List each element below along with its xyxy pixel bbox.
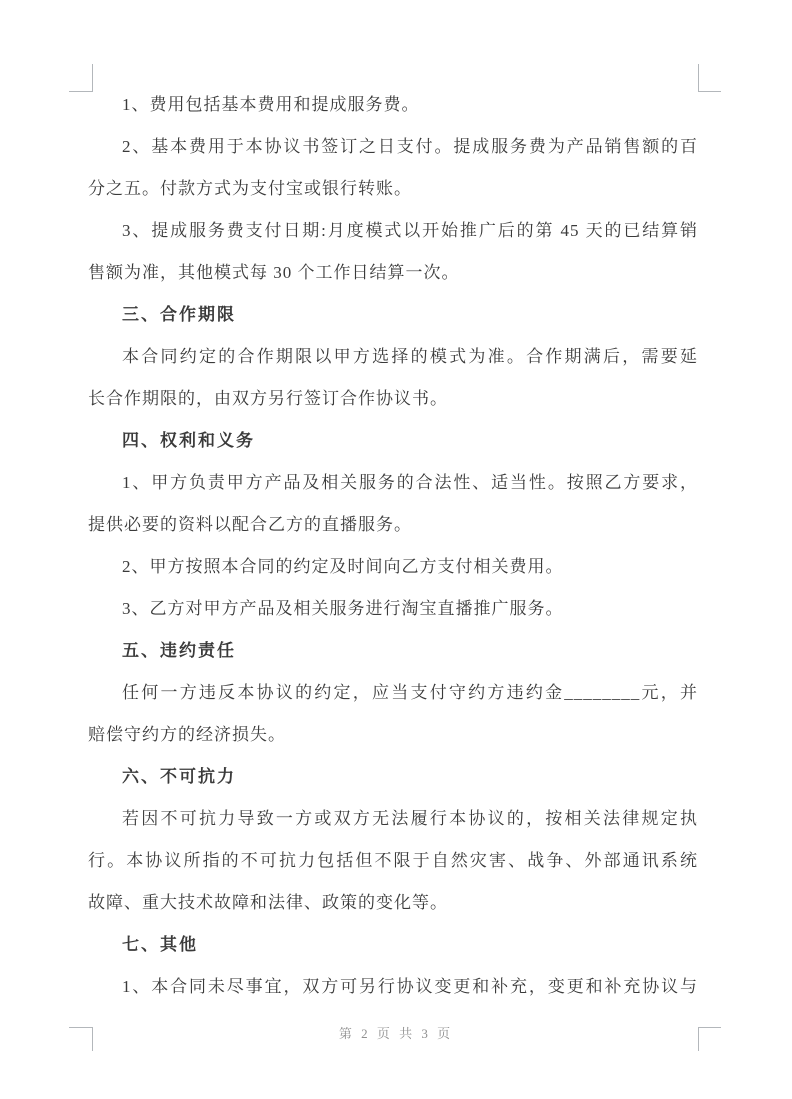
text-line: 1、费用包括基本费用和提成服务费。 xyxy=(88,84,698,126)
text-boundary-mark-top-right-icon xyxy=(698,64,721,92)
document-page: 1、费用包括基本费用和提成服务费。2、基本费用于本协议书签订之日支付。提成服务费… xyxy=(0,0,792,1099)
section-heading: 五、违约责任 xyxy=(88,630,698,672)
text-line: 提供必要的资料以配合乙方的直播服务。 xyxy=(88,504,698,546)
text-line: 2、基本费用于本协议书签订之日支付。提成服务费为产品销售额的百 xyxy=(88,126,698,168)
text-line: 长合作期限的，由双方另行签订合作协议书。 xyxy=(88,378,698,420)
text-line: 若因不可抗力导致一方或双方无法履行本协议的，按相关法律规定执 xyxy=(88,798,698,840)
page-number-text: 第 2 页 共 3 页 xyxy=(339,1026,453,1041)
section-heading: 三、合作期限 xyxy=(88,294,698,336)
text-line: 任何一方违反本协议的约定，应当支付守约方违约金________元，并 xyxy=(88,672,698,714)
section-heading: 七、其他 xyxy=(88,924,698,966)
page-number-footer: 第 2 页 共 3 页 xyxy=(0,1022,792,1046)
text-line: 本合同约定的合作期限以甲方选择的模式为准。合作期满后，需要延 xyxy=(88,336,698,378)
text-line: 2、甲方按照本合同的约定及时间向乙方支付相关费用。 xyxy=(88,546,698,588)
contract-body-text: 1、费用包括基本费用和提成服务费。2、基本费用于本协议书签订之日支付。提成服务费… xyxy=(88,84,698,1008)
text-line: 3、乙方对甲方产品及相关服务进行淘宝直播推广服务。 xyxy=(88,588,698,630)
text-line: 分之五。付款方式为支付宝或银行转账。 xyxy=(88,168,698,210)
text-line: 3、提成服务费支付日期:月度模式以开始推广后的第 45 天的已结算销 xyxy=(88,210,698,252)
section-heading: 六、不可抗力 xyxy=(88,756,698,798)
section-heading: 四、权利和义务 xyxy=(88,420,698,462)
text-line: 赔偿守约方的经济损失。 xyxy=(88,714,698,756)
text-line: 1、本合同未尽事宜，双方可另行协议变更和补充，变更和补充协议与 xyxy=(88,966,698,1008)
text-line: 1、甲方负责甲方产品及相关服务的合法性、适当性。按照乙方要求， xyxy=(88,462,698,504)
text-line: 行。本协议所指的不可抗力包括但不限于自然灾害、战争、外部通讯系统 xyxy=(88,840,698,882)
text-line: 故障、重大技术故障和法律、政策的变化等。 xyxy=(88,882,698,924)
text-line: 售额为准，其他模式每 30 个工作日结算一次。 xyxy=(88,252,698,294)
